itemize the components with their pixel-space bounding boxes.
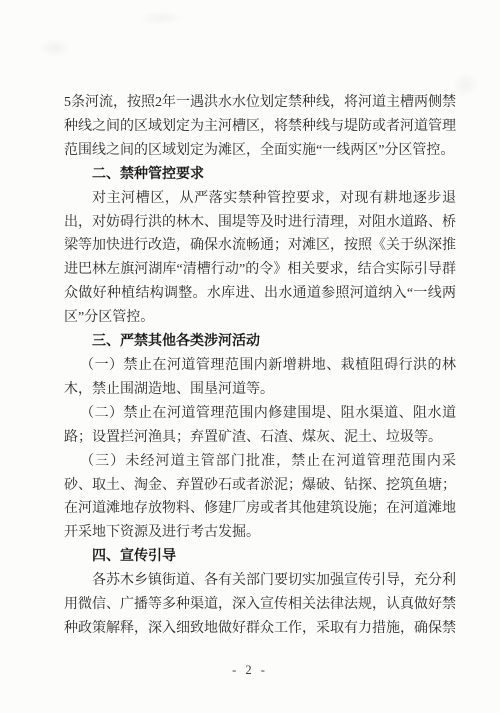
- body-paragraph: 对主河槽区，从严落实禁种管控要求，对现有耕地逐步退出，对妨碍行洪的林木、围堤等及…: [64, 187, 456, 330]
- section-heading-4: 四、宣传引导: [64, 545, 456, 569]
- document-body: 5条河流，按照2年一遇洪水水位划定禁种线，将河道主槽两侧禁种线之间的区域划定为主…: [64, 91, 456, 641]
- list-item-paragraph: （三）未经河道主管部门批准，禁止在河道管理范围内采砂、取土、淘金、弃置砂石或者淤…: [64, 450, 456, 546]
- page-number: - 2 -: [0, 663, 500, 678]
- list-item-paragraph: （二）禁止在河道管理范围内修建围堤、阻水渠道、阻水道路；设置拦河渔具；弃置矿渣、…: [64, 402, 456, 450]
- document-page: 5条河流，按照2年一遇洪水水位划定禁种线，将河道主槽两侧禁种线之间的区域划定为主…: [0, 0, 500, 713]
- body-paragraph-continuation: 5条河流，按照2年一遇洪水水位划定禁种线，将河道主槽两侧禁种线之间的区域划定为主…: [64, 91, 456, 163]
- section-heading-3: 三、严禁其他各类涉河活动: [64, 330, 456, 354]
- list-item-paragraph: （一）禁止在河道管理范围内新增耕地、栽植阻碍行洪的林木，禁止围湖造地、围垦河道等…: [64, 354, 456, 402]
- scan-smudge: [138, 10, 184, 26]
- scan-smudge: [38, 38, 72, 58]
- section-heading-2: 二、禁种管控要求: [64, 163, 456, 187]
- body-paragraph: 各苏木乡镇街道、各有关部门要切实加强宣传引导，充分利用微信、广播等多种渠道，深入…: [64, 569, 456, 641]
